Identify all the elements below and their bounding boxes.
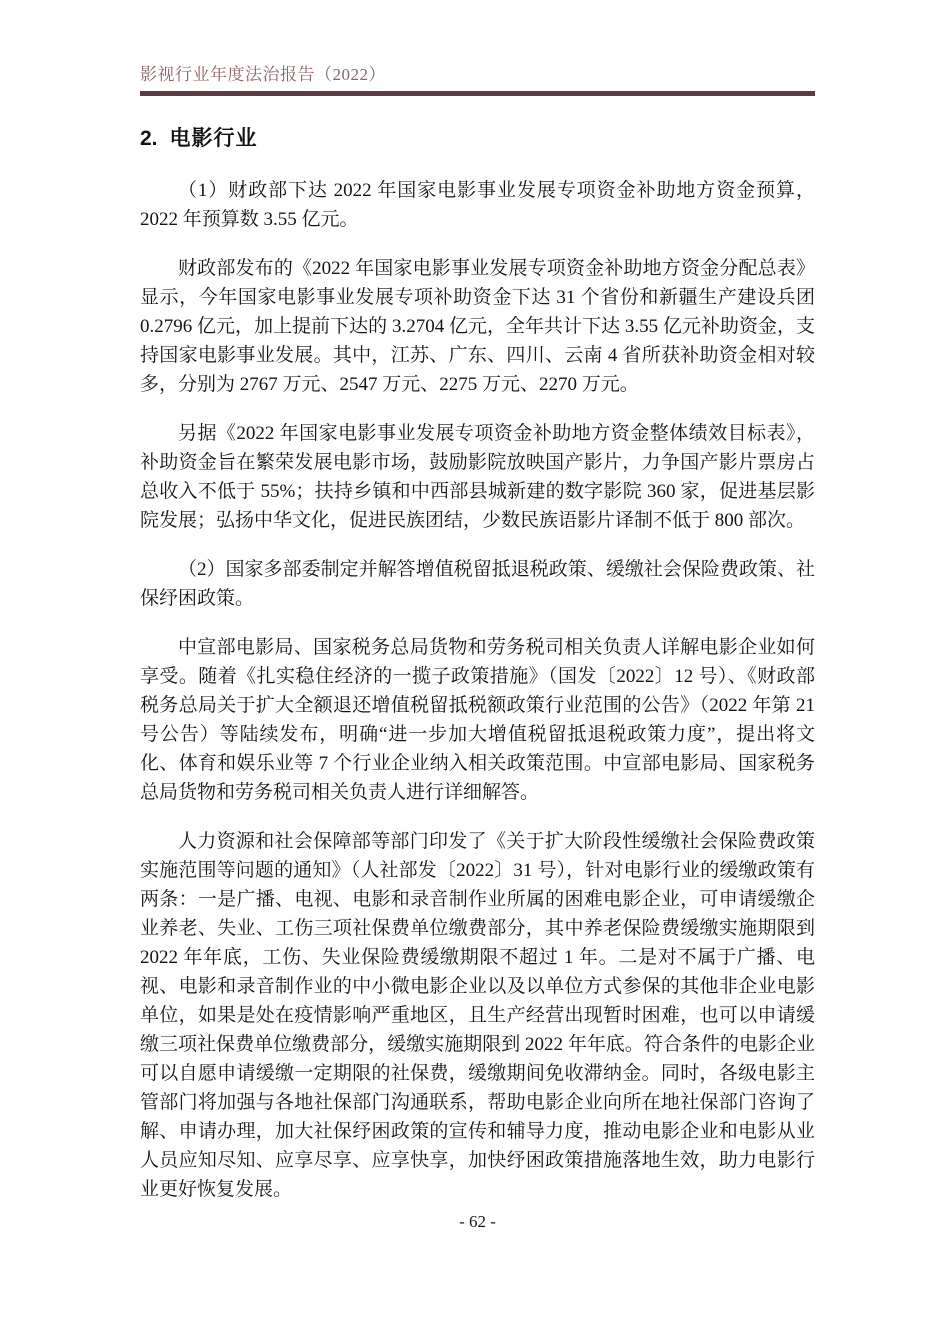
paragraph-performance-targets: 另据《2022 年国家电影事业发展专项资金补助地方资金整体绩效目标表》，补助资金… [140,419,815,535]
page-header: 影视行业年度法治报告（2022） [140,64,815,96]
paragraph-fund-allocation: 财政部发布的《2022 年国家电影事业发展专项资金补助地方资金分配总表》显示，今… [140,254,815,399]
report-title: 影视行业年度法治报告（2022） [140,64,815,86]
header-rule [140,91,815,96]
section-title: 电影行业 [170,127,258,150]
section-number: 2. [140,127,158,150]
document-body: （1）财政部下达 2022 年国家电影事业发展专项资金补助地方资金预算，2022… [140,176,815,1204]
paragraph-tax-policy-notice: （2）国家多部委制定并解答增值税留抵退税政策、缓缴社会保险费政策、社保纾困政策。 [140,555,815,613]
page-footer: - 62 - [140,1212,815,1232]
page-number: - 62 - [459,1212,496,1231]
paragraph-social-insurance-deferral: 人力资源和社会保障部等部门印发了《关于扩大阶段性缓缴社会保险费政策实施范围等问题… [140,827,815,1204]
document-page: 影视行业年度法治报告（2022） 2.电影行业 （1）财政部下达 2022 年国… [0,0,945,1336]
paragraph-vat-rebate-policy: 中宣部电影局、国家税务总局货物和劳务税司相关负责人详解电影企业如何享受。随着《扎… [140,633,815,807]
section-heading: 2.电影行业 [140,126,815,152]
paragraph-budget-notice: （1）财政部下达 2022 年国家电影事业发展专项资金补助地方资金预算，2022… [140,176,815,234]
